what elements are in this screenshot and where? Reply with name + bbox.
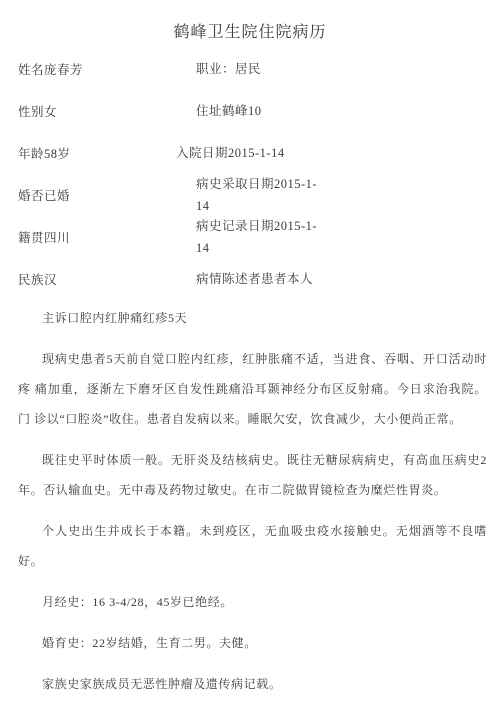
history-taken-date: 病史采取日期2015-1-14 [196, 173, 318, 217]
patient-occupation: 职业：居民 [196, 58, 261, 80]
info-row-gender-address: 性别女 住址鹤峰10 [18, 90, 486, 132]
paragraph-past-history: 既往史平时体质一般。无肝炎及结核病史。既往无糖尿病病史，有高血压病史2年。否认输… [18, 445, 487, 505]
paragraph-family-history: 家族史家族成员无恶性肿瘤及遗传病记载。 [18, 669, 487, 699]
patient-gender: 性别女 [18, 102, 196, 120]
patient-name: 姓名庞春芳 [18, 60, 196, 78]
paragraph-present-illness: 现病史患者5天前自觉口腔内红疹，红肿胀痛不适，当进食、吞咽、开口活动时 疼 痛加… [18, 344, 487, 434]
patient-ethnicity: 民族汉 [18, 270, 196, 288]
info-row-birthplace-history-record-date: 籍贯四川 病史记录日期2015-1-14 [18, 216, 486, 258]
paragraph-menstrual-history: 月经史：16 3-4/28，45岁已绝经。 [18, 587, 487, 617]
marital-status: 婚否已婚 [18, 186, 196, 204]
history-narrator: 病情陈述者患者本人 [196, 268, 313, 290]
info-row-age-admission-date: 年龄58岁 入院日期2015-1-14 [18, 132, 486, 174]
info-row-name-occupation: 姓名庞春芳 职业：居民 [18, 48, 486, 90]
document-title: 鹤峰卫生院住院病历 [0, 0, 500, 44]
info-row-marital-history-taken-date: 婚否已婚 病史采取日期2015-1-14 [18, 174, 486, 216]
patient-birthplace: 籍贯四川 [18, 228, 196, 246]
paragraph-marriage-childbirth-history: 婚育史：22岁结婚，生育二男。夫健。 [18, 628, 487, 658]
patient-address: 住址鹤峰10 [196, 100, 262, 122]
record-body-section: 主诉口腔内红肿痛红疹5天 现病史患者5天前自觉口腔内红疹，红肿胀痛不适，当进食、… [0, 300, 500, 699]
info-row-ethnicity-narrator: 民族汉 病情陈述者患者本人 [18, 258, 486, 300]
paragraph-chief-complaint: 主诉口腔内红肿痛红疹5天 [18, 303, 487, 333]
patient-age: 年龄58岁 [18, 144, 196, 162]
medical-record-page: 鹤峰卫生院住院病历 姓名庞春芳 职业：居民 性别女 住址鹤峰10 年龄58岁 入… [0, 0, 500, 707]
history-record-date: 病史记录日期2015-1-14 [196, 215, 318, 259]
paragraph-personal-history: 个人史出生并成长于本籍。未到疫区，无血吸虫疫水接触史。无烟酒等不良嗜好。 [18, 516, 487, 576]
admission-date: 入院日期2015-1-14 [176, 142, 285, 164]
patient-info-section: 姓名庞春芳 职业：居民 性别女 住址鹤峰10 年龄58岁 入院日期2015-1-… [0, 48, 500, 300]
